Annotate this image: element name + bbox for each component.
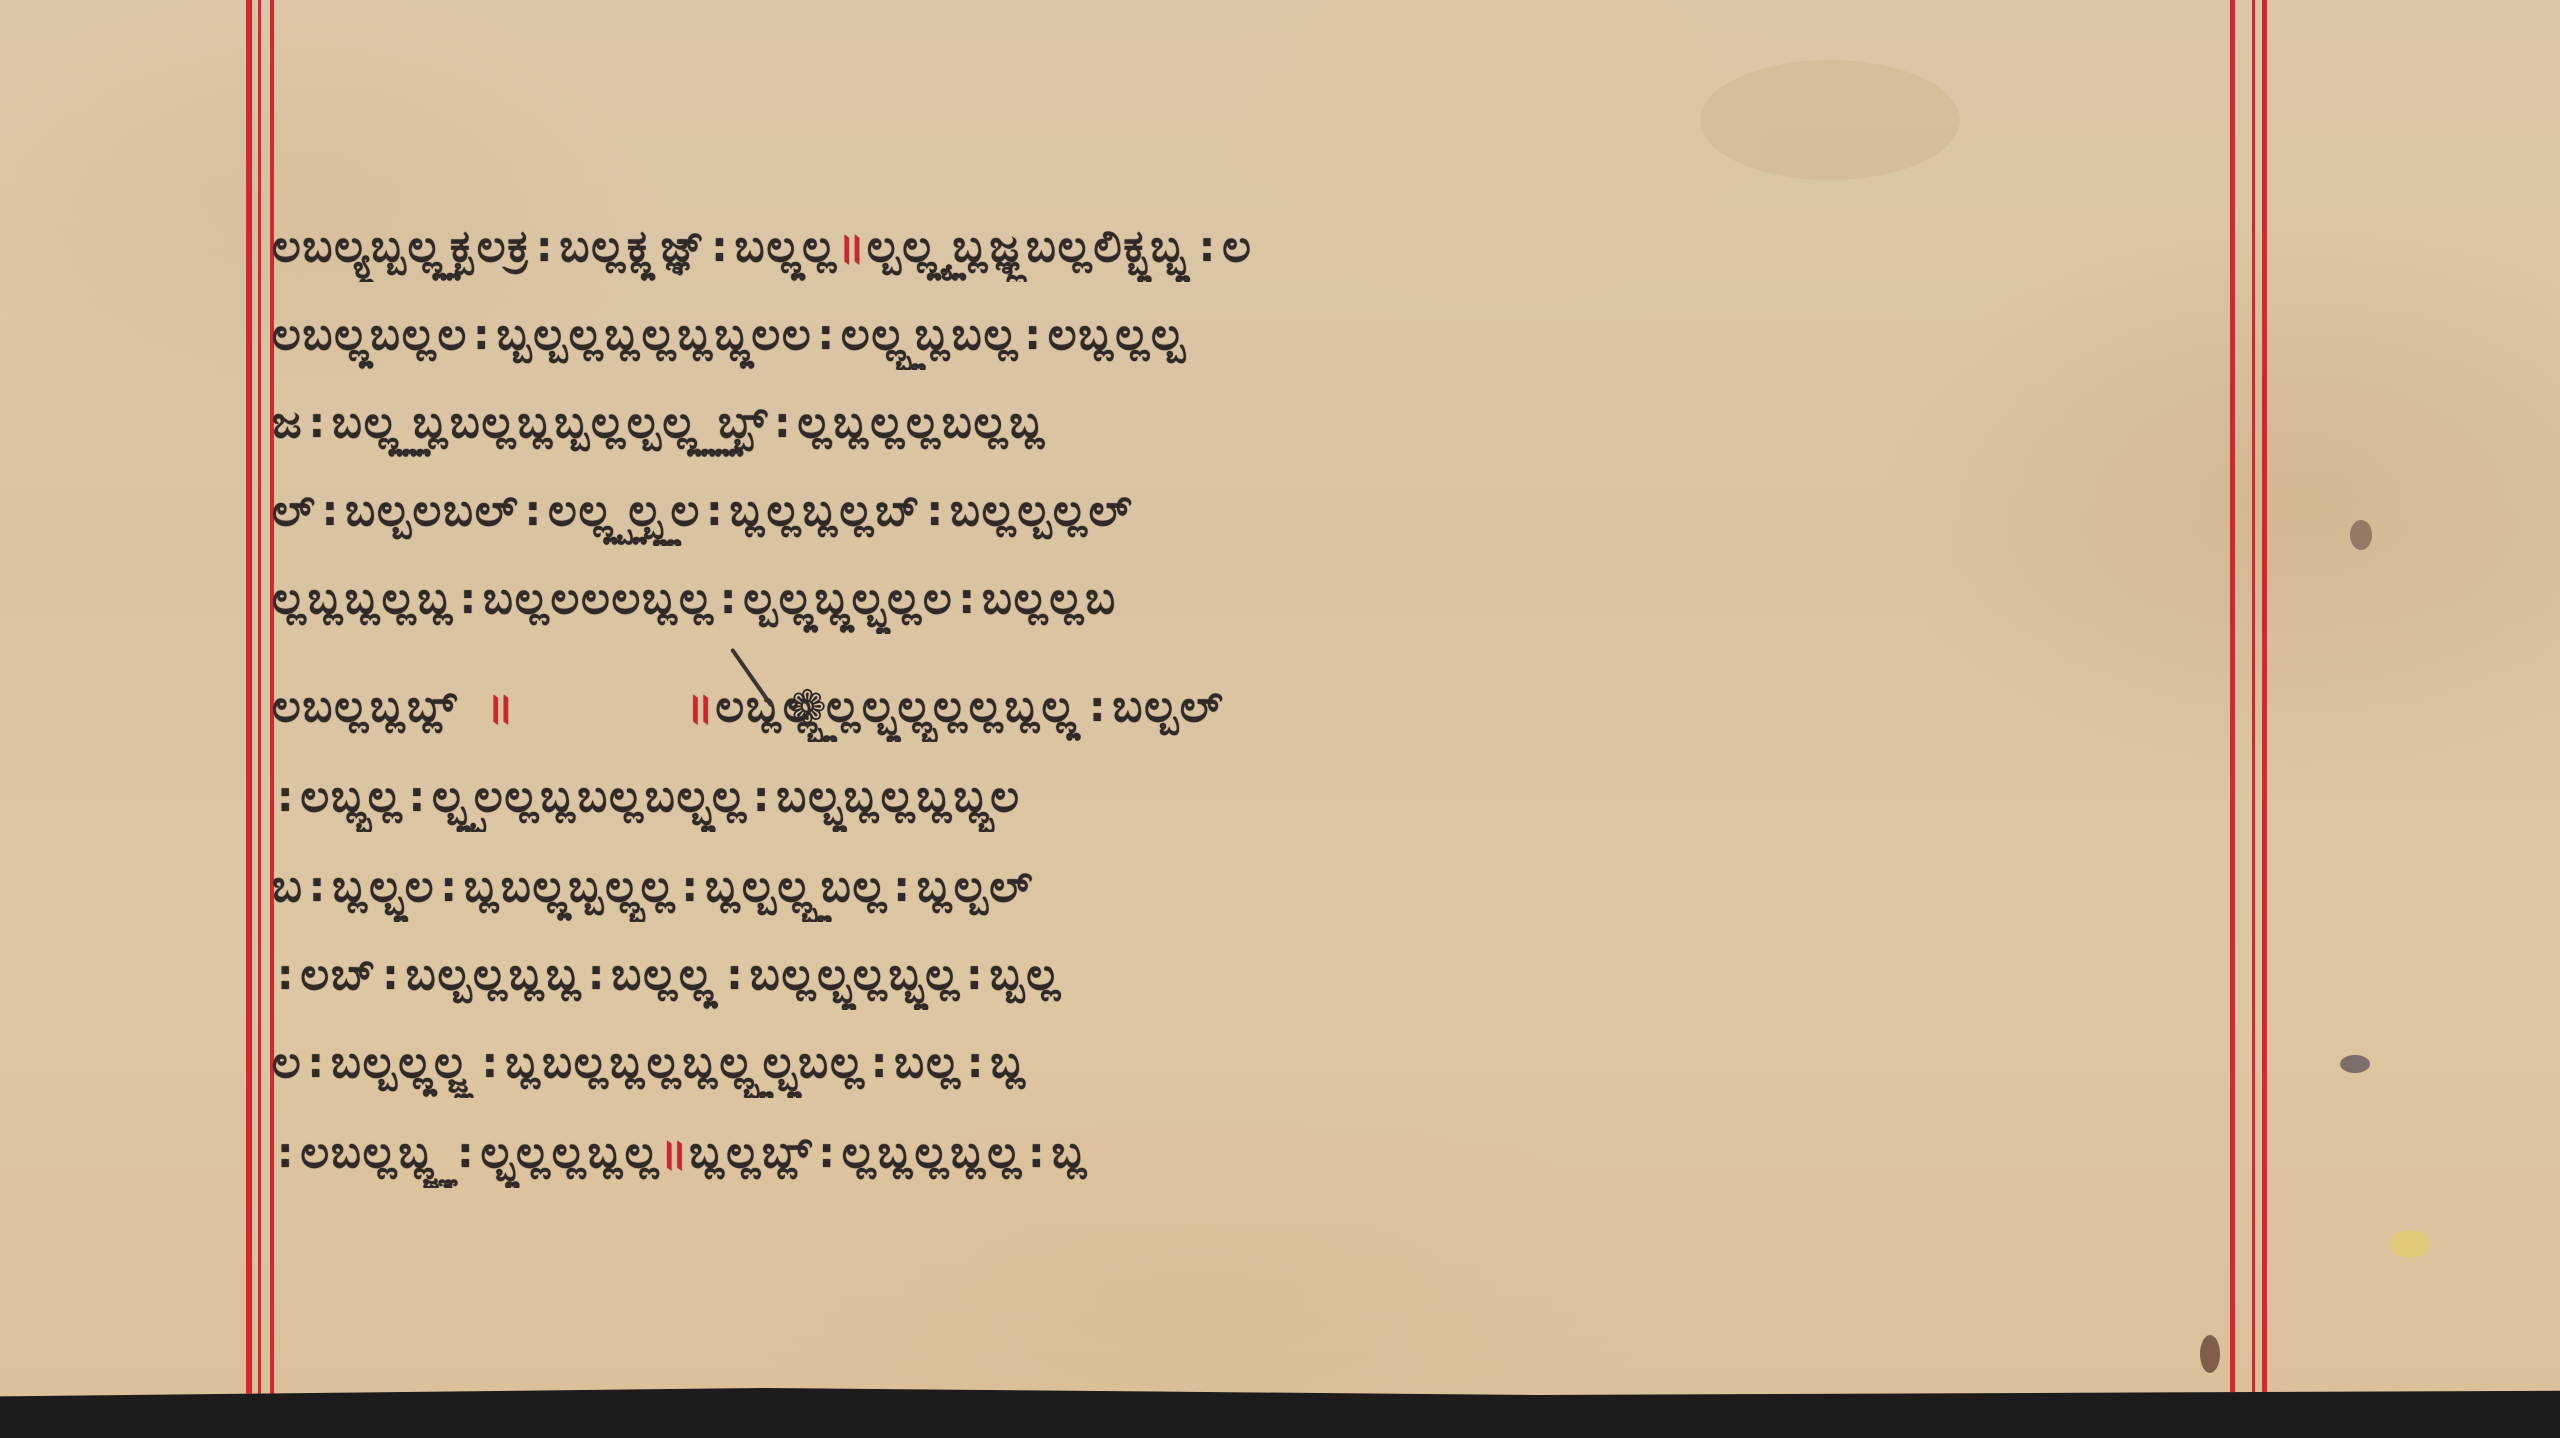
rosette-ornament-icon: ❁	[788, 680, 827, 734]
text-segment: ಲ:ಬಲ್ಬಲ್ಲ್ಲಲ್ಜ್ಞ:ಬ್ಲಬಲ್ಲಬ್ಲಲ್ಲಬ್ಲಲ್ಲ್ಬ್ಲ…	[272, 1037, 1027, 1088]
text-segment: ಲಬಲ್ಯ್ಲಬ್ಬಲ್ಲ್ಲ್ಲಕ್ಬಲಕ್ರ:ಬಲ್ಲಕ್ಲ್ಲಜ್ಞ್:ಬ…	[272, 221, 838, 272]
text-segment: ಲ್:ಬಲ್ಬಲಬಲ್:ಲಲ್ಲ್ಲ್ಬ್ಲಲ್ಬ್ಲ್ಲಲ:ಬ್ಲಲ್ಲಬ್ಲ…	[272, 485, 1134, 536]
text-line-6: ಲಬಲ್ಲಬ್ಲಬ್ಲ್ ॥ ॥ಲಬ್ಲಲ್ಲ್ಬ್ಲಲ್ಲಲ್ಬ್ಲಲ್ಲ್ಬ…	[272, 672, 2232, 742]
text-segment: ಲಬಲ್ಲಬ್ಲಬ್ಲ್	[272, 681, 487, 732]
text-line-9: :ಲಬ್:ಬಲ್ಬಲ್ಲಬ್ಲಬ್ಲ:ಬಲ್ಲಲ್ಲ್ಲ:ಬಲ್ಲಲ್ಬ್ಲಲ್…	[272, 940, 2232, 1010]
text-line-11: :ಲಬಲ್ಲಬ್ಲ್ಜ್ಞ:ಲ್ಬ್ಲಲ್ಲಲ್ಲಬ್ಲಲ್ಲ॥ಬ್ಲಲ್ಲಬ್…	[272, 1118, 2232, 1188]
right-margin-rule-inner	[2262, 0, 2267, 1402]
ink-stain	[2340, 1055, 2370, 1073]
text-segment: :ಲಬ್:ಬಲ್ಬಲ್ಲಬ್ಲಬ್ಲ:ಬಲ್ಲಲ್ಲ್ಲ:ಬಲ್ಲಲ್ಬ್ಲಲ್…	[272, 949, 1062, 1000]
manuscript-folio: ಲಬಲ್ಯ್ಲಬ್ಬಲ್ಲ್ಲ್ಲಕ್ಬಲಕ್ರ:ಬಲ್ಲಕ್ಲ್ಲಜ್ಞ್:ಬ…	[0, 0, 2560, 1402]
double-danda-red: ॥	[838, 221, 867, 272]
text-segment: ಜ:ಬಲ್ಲ್ಲ್ಲ್ಲಬ್ಲಬಲ್ಲಬ್ಲಬ್ಬಲ್ಲಲ್ಬಲ್ಲ್ಲ್ಲ್ಲ…	[272, 397, 1046, 448]
yellow-stain	[2390, 1230, 2430, 1258]
text-gap	[516, 681, 687, 732]
text-line-10: ಲ:ಬಲ್ಬಲ್ಲ್ಲಲ್ಜ್ಞ:ಬ್ಲಬಲ್ಲಬ್ಲಲ್ಲಬ್ಲಲ್ಲ್ಬ್ಲ…	[272, 1028, 2232, 1098]
text-segment: ಲ್ಬಲ್ಲ್ಲ್ಯ್ಲಬ್ಲಜ್ಞ್ಲಬಲ್ಲಲಿಕ್ಬ್ಲಬ್ಬ್ಲ:ಲ	[867, 221, 1253, 272]
text-segment: :ಲಬಲ್ಲಬ್ಲ್ಜ್ಞ:ಲ್ಬ್ಲಲ್ಲಲ್ಲಬ್ಲಲ್ಲ	[272, 1127, 660, 1178]
text-segment: ಲ್ಲಬ್ಲಬ್ಲಲ್ಲಬ್ಲ:ಬಲ್ಲಲಲಲಬ್ಲಲ್ಲ:ಲ್ಬಲ್ಲ್ಲಬ್…	[272, 573, 1117, 624]
left-margin-rule-outer	[246, 0, 252, 1402]
text-line-1: ಲಬಲ್ಯ್ಲಬ್ಬಲ್ಲ್ಲ್ಲಕ್ಬಲಕ್ರ:ಬಲ್ಲಕ್ಲ್ಲಜ್ಞ್:ಬ…	[272, 212, 2232, 282]
water-stain	[1700, 60, 1960, 180]
text-segment: ಲಬಲ್ಲ್ಲಬಲ್ಲಲ:ಬ್ಬಲ್ಬಲ್ಲಬ್ಲಲ್ಲಬ್ಲಬ್ಲ್ಲಲಲ:ಲ…	[272, 309, 1187, 360]
text-segment: :ಲಬ್ಲ್ಬಲ್ಲ:ಲ್ಬ್ಲ್ಬಲಲ್ಲಬ್ಲಬಲ್ಲಬಲ್ಬ್ಲಲ್ಲ:ಬ…	[272, 771, 1021, 822]
text-line-4: ಲ್:ಬಲ್ಬಲಬಲ್:ಲಲ್ಲ್ಲ್ಬ್ಲಲ್ಬ್ಲ್ಲಲ:ಬ್ಲಲ್ಲಬ್ಲ…	[272, 476, 2232, 546]
ink-stain	[2200, 1335, 2220, 1373]
background-cloth	[0, 1402, 2560, 1438]
right-margin-rule-middle	[2252, 0, 2255, 1402]
double-danda-red: ॥	[687, 681, 716, 732]
text-line-2: ಲಬಲ್ಲ್ಲಬಲ್ಲಲ:ಬ್ಬಲ್ಬಲ್ಲಬ್ಲಲ್ಲಬ್ಲಬ್ಲ್ಲಲಲ:ಲ…	[272, 300, 2232, 370]
text-line-3: ಜ:ಬಲ್ಲ್ಲ್ಲ್ಲಬ್ಲಬಲ್ಲಬ್ಲಬ್ಬಲ್ಲಲ್ಬಲ್ಲ್ಲ್ಲ್ಲ…	[272, 388, 2232, 458]
left-margin-rule-middle	[258, 0, 261, 1402]
text-segment: ಬ:ಬ್ಲಲ್ಬ್ಲಲ:ಬ್ಲಬಲ್ಲ್ಲಬ್ಬಲ್ಲ್ಬಲ್ಲ:ಬ್ಲಲ್ಬಲ…	[272, 861, 1034, 912]
text-line-7: :ಲಬ್ಲ್ಬಲ್ಲ:ಲ್ಬ್ಲ್ಬಲಲ್ಲಬ್ಲಬಲ್ಲಬಲ್ಬ್ಲಲ್ಲ:ಬ…	[272, 762, 2232, 832]
double-danda-red: ॥	[660, 1127, 689, 1178]
ink-stain	[2350, 520, 2372, 550]
text-segment: ಬ್ಲಲ್ಲಬ್ಲ್:ಲ್ಲಬ್ಲಲ್ಲಬ್ಲಲ್ಲ:ಬ್ಲ	[689, 1127, 1088, 1178]
text-line-5: ಲ್ಲಬ್ಲಬ್ಲಲ್ಲಬ್ಲ:ಬಲ್ಲಲಲಲಬ್ಲಲ್ಲ:ಲ್ಬಲ್ಲ್ಲಬ್…	[272, 564, 2232, 634]
text-line-8: ಬ:ಬ್ಲಲ್ಬ್ಲಲ:ಬ್ಲಬಲ್ಲ್ಲಬ್ಬಲ್ಲ್ಬಲ್ಲ:ಬ್ಲಲ್ಬಲ…	[272, 852, 2232, 922]
double-danda-red: ॥	[487, 681, 516, 732]
